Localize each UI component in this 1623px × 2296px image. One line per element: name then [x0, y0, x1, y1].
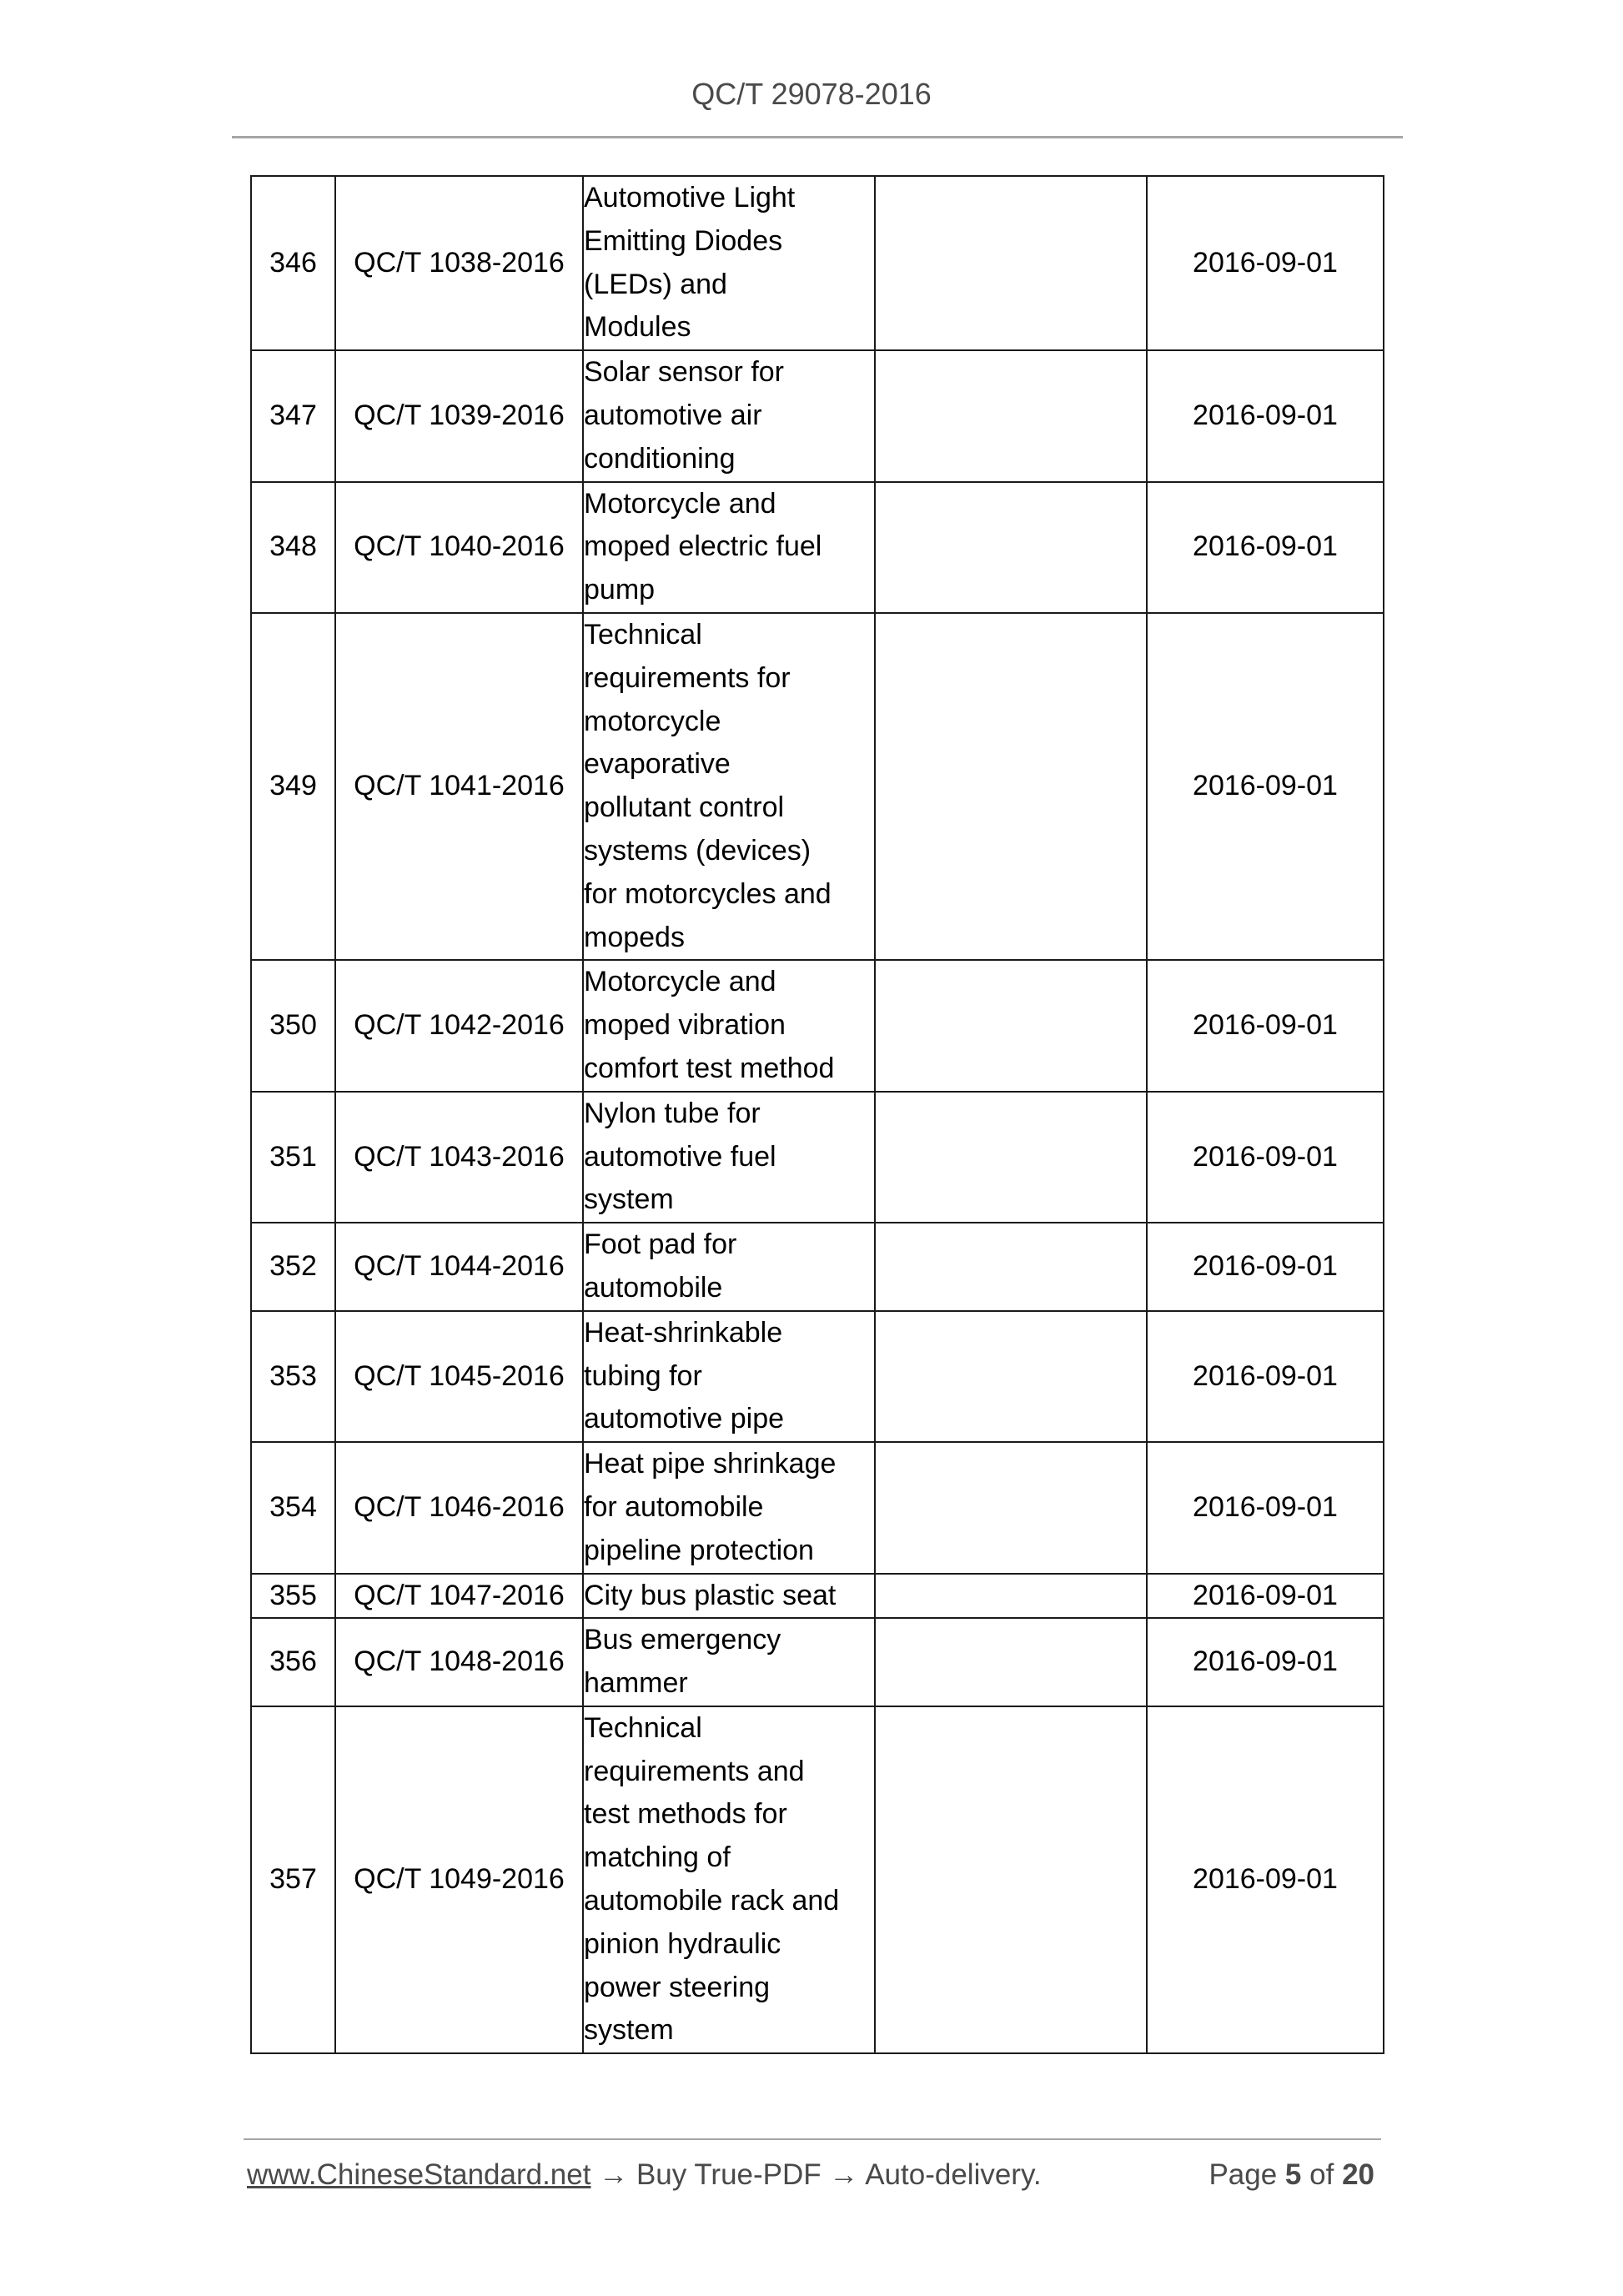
standard-title-cell: Bus emergencyhammer: [583, 1618, 875, 1706]
title-line: Technical: [584, 614, 874, 657]
standard-code-cell: QC/T 1048-2016: [335, 1618, 583, 1706]
standard-title-cell: Technicalrequirements andtest methods fo…: [583, 1706, 875, 2053]
replaced-standard-cell: [875, 1092, 1147, 1223]
title-line: Technical: [584, 1707, 874, 1751]
table-row: 350QC/T 1042-2016Motorcycle andmoped vib…: [251, 960, 1384, 1091]
standard-code-cell: QC/T 1038-2016: [335, 176, 583, 350]
table-row: 357QC/T 1049-2016Technicalrequirements a…: [251, 1706, 1384, 2053]
implementation-date-cell: 2016-09-01: [1147, 350, 1384, 481]
title-line: comfort test method: [584, 1048, 874, 1091]
title-line: Foot pad for: [584, 1223, 874, 1267]
title-line: Heat-shrinkable: [584, 1312, 874, 1355]
title-line: motorcycle: [584, 701, 874, 744]
title-line: automobile: [584, 1267, 874, 1310]
title-line: tubing for: [584, 1355, 874, 1399]
table-row: 347QC/T 1039-2016Solar sensor forautomot…: [251, 350, 1384, 481]
title-line: pinion hydraulic: [584, 1923, 874, 1967]
title-line: moped electric fuel: [584, 525, 874, 569]
standard-title-cell: Technicalrequirements formotorcycleevapo…: [583, 613, 875, 960]
title-line: City bus plastic seat: [584, 1575, 874, 1618]
title-line: Motorcycle and: [584, 483, 874, 526]
standard-title-cell: City bus plastic seat: [583, 1574, 875, 1619]
title-line: automotive fuel: [584, 1136, 874, 1179]
title-line: Bus emergency: [584, 1619, 874, 1662]
title-line: (LEDs) and: [584, 264, 874, 307]
title-line: Emitting Diodes: [584, 220, 874, 264]
standard-code-cell: QC/T 1043-2016: [335, 1092, 583, 1223]
standard-title-cell: Motorcycle andmoped vibrationcomfort tes…: [583, 960, 875, 1091]
title-line: automobile rack and: [584, 1880, 874, 1923]
row-number-cell: 357: [251, 1706, 335, 2053]
title-line: evaporative: [584, 743, 874, 786]
arrow-right-icon: →: [599, 2158, 628, 2191]
standard-title-cell: Motorcycle andmoped electric fuelpump: [583, 482, 875, 613]
standard-title-cell: Foot pad forautomobile: [583, 1223, 875, 1311]
title-line: pipeline protection: [584, 1530, 874, 1573]
implementation-date-cell: 2016-09-01: [1147, 176, 1384, 350]
row-number-cell: 356: [251, 1618, 335, 1706]
title-line: Automotive Light: [584, 177, 874, 220]
row-number-cell: 348: [251, 482, 335, 613]
implementation-date-cell: 2016-09-01: [1147, 1311, 1384, 1442]
title-line: automotive pipe: [584, 1398, 874, 1441]
table-row: 356QC/T 1048-2016Bus emergencyhammer2016…: [251, 1618, 1384, 1706]
header-divider: [232, 136, 1403, 138]
title-line: systems (devices): [584, 830, 874, 873]
implementation-date-cell: 2016-09-01: [1147, 1706, 1384, 2053]
footer-divider: [244, 2138, 1381, 2140]
title-line: Solar sensor for: [584, 351, 874, 394]
replaced-standard-cell: [875, 1442, 1147, 1573]
replaced-standard-cell: [875, 482, 1147, 613]
title-line: power steering: [584, 1967, 874, 2010]
standard-title-cell: Automotive LightEmitting Diodes(LEDs) an…: [583, 176, 875, 350]
replaced-standard-cell: [875, 1311, 1147, 1442]
row-number-cell: 353: [251, 1311, 335, 1442]
row-number-cell: 349: [251, 613, 335, 960]
standard-code-cell: QC/T 1045-2016: [335, 1311, 583, 1442]
standard-code-cell: QC/T 1047-2016: [335, 1574, 583, 1619]
row-number-cell: 354: [251, 1442, 335, 1573]
delivery-text: Auto-delivery.: [865, 2158, 1041, 2191]
replaced-standard-cell: [875, 1706, 1147, 2053]
title-line: for automobile: [584, 1486, 874, 1530]
title-line: Modules: [584, 306, 874, 349]
title-line: Heat pipe shrinkage: [584, 1443, 874, 1486]
of-label: of: [1309, 2158, 1334, 2191]
buy-text: Buy True-PDF: [636, 2158, 822, 2191]
standard-code-cell: QC/T 1040-2016: [335, 482, 583, 613]
title-line: matching of: [584, 1836, 874, 1880]
standard-title-cell: Nylon tube forautomotive fuelsystem: [583, 1092, 875, 1223]
implementation-date-cell: 2016-09-01: [1147, 1442, 1384, 1573]
implementation-date-cell: 2016-09-01: [1147, 613, 1384, 960]
standard-title-cell: Heat-shrinkabletubing forautomotive pipe: [583, 1311, 875, 1442]
page-current: 5: [1285, 2158, 1301, 2191]
standard-title-cell: Solar sensor forautomotive airconditioni…: [583, 350, 875, 481]
page-number: Page 5 of 20: [1208, 2158, 1374, 2192]
title-line: hammer: [584, 1662, 874, 1706]
page-total: 20: [1342, 2158, 1374, 2191]
row-number-cell: 351: [251, 1092, 335, 1223]
table-row: 355QC/T 1047-2016City bus plastic seat20…: [251, 1574, 1384, 1619]
replaced-standard-cell: [875, 1618, 1147, 1706]
row-number-cell: 350: [251, 960, 335, 1091]
standard-code-cell: QC/T 1041-2016: [335, 613, 583, 960]
implementation-date-cell: 2016-09-01: [1147, 1092, 1384, 1223]
title-line: Motorcycle and: [584, 961, 874, 1004]
table-row: 349QC/T 1041-2016Technicalrequirements f…: [251, 613, 1384, 960]
title-line: mopeds: [584, 917, 874, 960]
standard-code-cell: QC/T 1049-2016: [335, 1706, 583, 2053]
title-line: moped vibration: [584, 1004, 874, 1048]
standards-table: 346QC/T 1038-2016Automotive LightEmittin…: [250, 175, 1384, 2054]
standard-code-cell: QC/T 1042-2016: [335, 960, 583, 1091]
title-line: pump: [584, 569, 874, 612]
standard-title-cell: Heat pipe shrinkagefor automobilepipelin…: [583, 1442, 875, 1573]
table-row: 353QC/T 1045-2016Heat-shrinkabletubing f…: [251, 1311, 1384, 1442]
title-line: pollutant control: [584, 786, 874, 830]
row-number-cell: 355: [251, 1574, 335, 1619]
replaced-standard-cell: [875, 176, 1147, 350]
title-line: system: [584, 1178, 874, 1222]
implementation-date-cell: 2016-09-01: [1147, 1223, 1384, 1311]
footer-promo: www.ChineseStandard.net → Buy True-PDF →…: [247, 2158, 1042, 2192]
arrow-right-icon: →: [829, 2158, 858, 2191]
row-number-cell: 352: [251, 1223, 335, 1311]
implementation-date-cell: 2016-09-01: [1147, 1618, 1384, 1706]
document-header-title: QC/T 29078-2016: [0, 77, 1623, 112]
standard-code-cell: QC/T 1046-2016: [335, 1442, 583, 1573]
table-row: 346QC/T 1038-2016Automotive LightEmittin…: [251, 176, 1384, 350]
title-line: conditioning: [584, 438, 874, 481]
page-label: Page: [1208, 2158, 1277, 2191]
row-number-cell: 347: [251, 350, 335, 481]
row-number-cell: 346: [251, 176, 335, 350]
title-line: requirements for: [584, 657, 874, 701]
title-line: test methods for: [584, 1793, 874, 1836]
table-row: 352QC/T 1044-2016Foot pad forautomobile2…: [251, 1223, 1384, 1311]
title-line: Nylon tube for: [584, 1093, 874, 1136]
replaced-standard-cell: [875, 1223, 1147, 1311]
table-row: 354QC/T 1046-2016Heat pipe shrinkagefor …: [251, 1442, 1384, 1573]
standard-code-cell: QC/T 1044-2016: [335, 1223, 583, 1311]
table-row: 351QC/T 1043-2016Nylon tube forautomotiv…: [251, 1092, 1384, 1223]
table-row: 348QC/T 1040-2016Motorcycle andmoped ele…: [251, 482, 1384, 613]
page-footer: www.ChineseStandard.net → Buy True-PDF →…: [247, 2158, 1378, 2200]
implementation-date-cell: 2016-09-01: [1147, 960, 1384, 1091]
replaced-standard-cell: [875, 960, 1147, 1091]
title-line: for motorcycles and: [584, 873, 874, 917]
replaced-standard-cell: [875, 1574, 1147, 1619]
standard-code-cell: QC/T 1039-2016: [335, 350, 583, 481]
title-line: requirements and: [584, 1751, 874, 1794]
title-line: automotive air: [584, 394, 874, 438]
replaced-standard-cell: [875, 350, 1147, 481]
website-link[interactable]: www.ChineseStandard.net: [247, 2158, 590, 2191]
replaced-standard-cell: [875, 613, 1147, 960]
title-line: system: [584, 2009, 874, 2052]
implementation-date-cell: 2016-09-01: [1147, 1574, 1384, 1619]
implementation-date-cell: 2016-09-01: [1147, 482, 1384, 613]
